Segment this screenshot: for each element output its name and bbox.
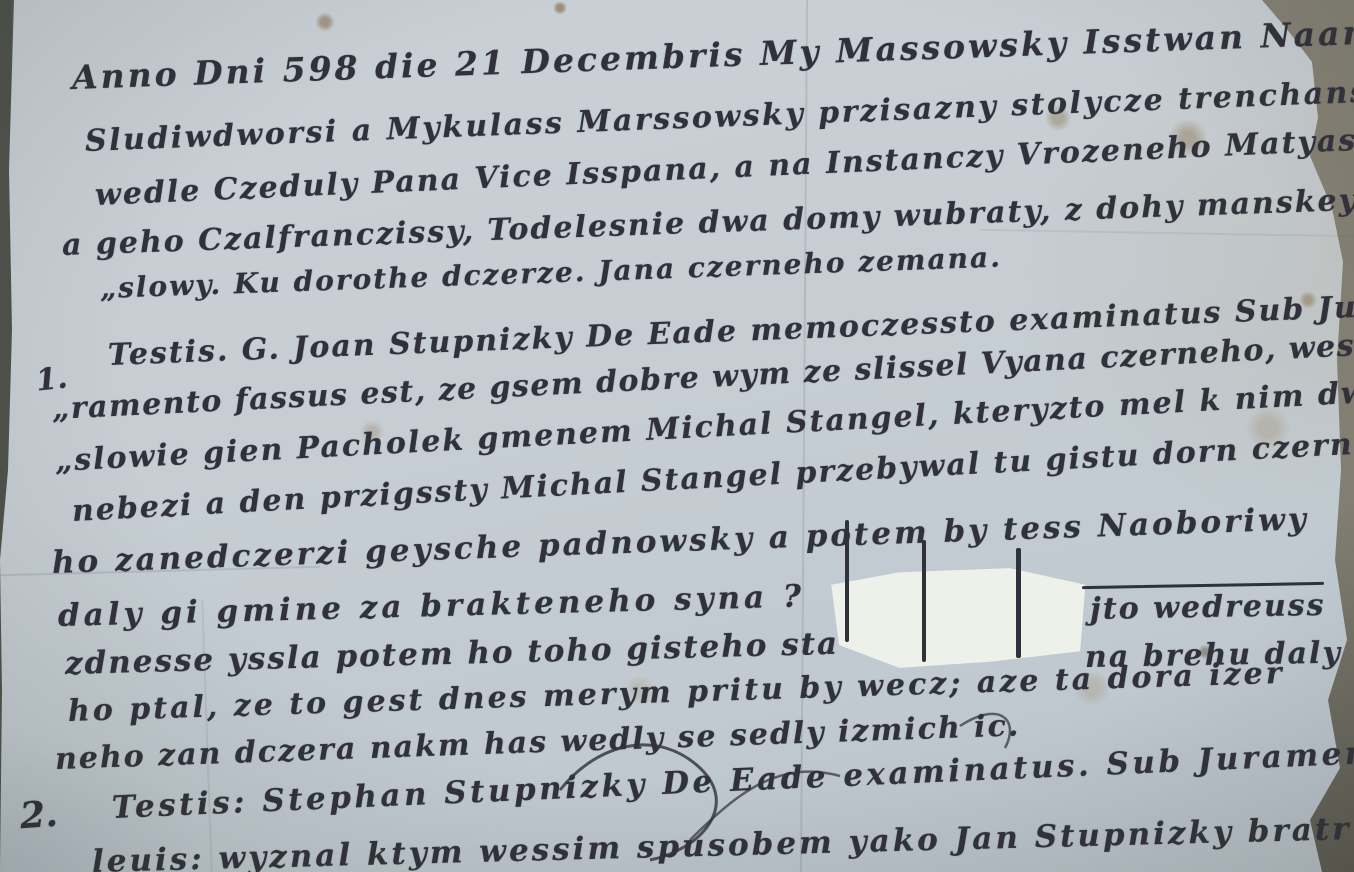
handwritten-line: jto wedreuss (1090, 588, 1326, 627)
handwritten-line: daly gi gmine za brakteneho syna ? (58, 578, 806, 634)
handwriting-layer: 1. 2. Anno Dni 598 die 21 Decembris My M… (0, 0, 1354, 872)
manuscript-photo: 1. 2. Anno Dni 598 die 21 Decembris My M… (0, 0, 1354, 872)
witness-number-2: 2. (19, 793, 59, 838)
